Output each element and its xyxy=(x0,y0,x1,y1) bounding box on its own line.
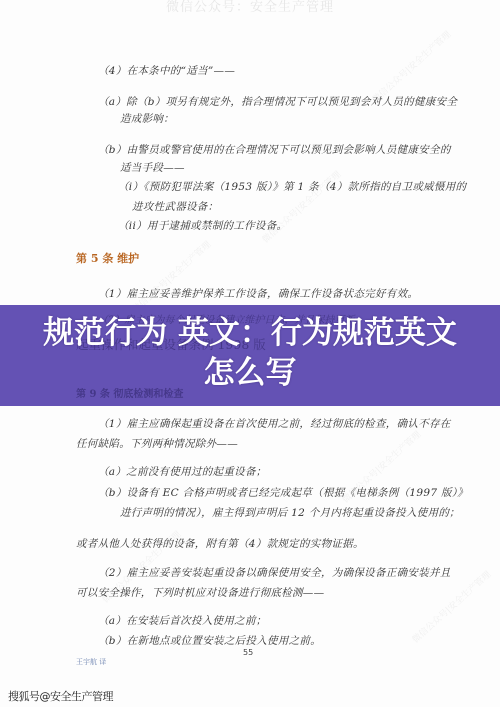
banner-title: 规范行为 英文：行为规范英文 怎么写 xyxy=(0,313,500,393)
doc-line: （b）由警员或警官使用的在合理情况下可以预见到会影响人员健康安全的 xyxy=(98,143,451,157)
doc-line: 或者从他人处获得的设备，附有第（4）款规定的实物证据。 xyxy=(76,537,364,551)
doc-line: （i）《预防犯罪法案（1953 版）》第 1 条（4）款所指的自卫或威慑用的 xyxy=(118,180,466,194)
doc-line: （b）设备有 EC 合格声明或者已经完成起草（根据《电梯条例（1997 版）》 xyxy=(98,486,468,500)
title-banner: （2）雇主应为每个起重设备建立维护日志，并且保持更新。 起重操作和起重设备条例 … xyxy=(0,305,500,406)
header-watermark: 微信公众号：安全生产管理 xyxy=(0,0,500,16)
doc-line: （4）在本条中的“适当”—— xyxy=(98,64,235,78)
doc-line: 进行声明的情况），雇主得到声明后 12 个月内将起重设备投入使用的； xyxy=(120,506,460,520)
doc-line: （b）在新地点或位置安装之后投入使用之前。 xyxy=(98,634,321,648)
doc-line: 任何缺陷。下列两种情况除外—— xyxy=(76,437,238,451)
translator-credit: 王宇航 译 xyxy=(76,657,106,667)
page-number: 55 xyxy=(243,648,253,657)
document-page: 微信公众号：安全生产管理 微信公众号|安全生产管理 微信公众号|安全生产管理 微… xyxy=(0,0,500,707)
source-attribution: 搜狐号@安全生产管理 xyxy=(8,688,113,704)
doc-line: 进攻性武器设备： xyxy=(132,200,218,214)
doc-line: （1）雇主应妥善维护保养工作设备，确保工作设备状态完好有效。 xyxy=(98,287,418,301)
doc-line: （a）除（b）项另有规定外，指合理情况下可以预见到会对人员的健康安全 xyxy=(98,95,457,109)
doc-line: （ii）用于逮捕或禁制的工作设备。 xyxy=(118,219,287,233)
doc-line: （a）之前没有使用过的起重设备； xyxy=(98,465,267,479)
doc-line: 适当手段—— xyxy=(120,161,185,175)
diagonal-watermark: 微信公众号|安全生产管理 xyxy=(129,238,214,316)
section-heading: 第 5 条 维护 xyxy=(76,252,139,266)
doc-line: 可以安全操作，下列时机应对设备进行彻底检测—— xyxy=(76,586,324,600)
doc-line: 造成影响： xyxy=(120,112,174,126)
doc-line: （2）雇主应妥善安装起重设备以确保使用安全，为确保设备正确安装并且 xyxy=(98,566,451,580)
doc-line: （1）雇主应确保起重设备在首次使用之前，经过彻底的检查，确认不存在 xyxy=(98,417,451,431)
diagonal-watermark: 微信公众号|安全生产管理 xyxy=(369,28,454,106)
banner-title-line-1: 规范行为 英文：行为规范英文 xyxy=(0,313,500,353)
banner-title-line-2: 怎么写 xyxy=(0,353,500,393)
doc-line: （a）在安装后首次投入使用之前； xyxy=(98,614,267,628)
